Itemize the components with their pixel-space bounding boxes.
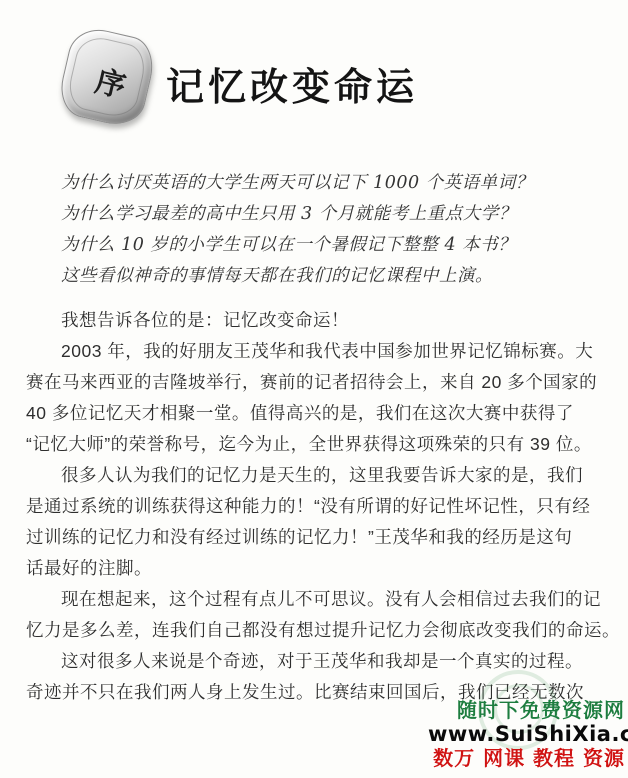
main-paragraphs: 我想告诉各位的是：记忆改变命运！ 2003 年，我的好朋友王茂华和我代表中国参加… — [26, 305, 606, 708]
watermark-url: www.SuiShiXia.com — [428, 722, 628, 746]
text-line: 话最好的注脚。 — [26, 553, 606, 584]
text-line: 忆力是多么差，连我们自己都没有想过提升记忆力会彻底改变我们的命运。 — [26, 615, 606, 646]
seal-character: 序 — [92, 56, 131, 106]
question-line: 为什么讨厌英语的大学生两天可以记下 1000 个英语单词？ — [26, 168, 606, 199]
watermark-site-name: 随时下免费资源网 — [428, 698, 628, 722]
book-page: 序 记忆改变命运 为什么讨厌英语的大学生两天可以记下 1000 个英语单词？ 为… — [0, 0, 628, 778]
text-line: 过训练的记忆力和没有经过训练的记忆力！”王茂华和我的经历是这句 — [26, 522, 606, 553]
intro-questions: 为什么讨厌英语的大学生两天可以记下 1000 个英语单词？ 为什么学习最差的高中… — [26, 168, 606, 292]
text-line: 是通过系统的训练获得这种能力的！“没有所谓的好记性坏记性，只有经 — [26, 491, 606, 522]
question-line: 这些看似神奇的事情每天都在我们的记忆课程中上演。 — [26, 261, 606, 292]
question-line: 为什么 10 岁的小学生可以在一个暑假记下整整 4 本书？ — [26, 230, 606, 261]
page-title: 记忆改变命运 — [166, 56, 418, 111]
watermark: 随时下免费资源网 www.SuiShiXia.com 数万 网课 教程 资源 — [428, 698, 628, 778]
text-line: 现在想起来，这个过程有点儿不可思议。没有人会相信过去我们的记 — [26, 584, 606, 615]
text-line: 2003 年，我的好朋友王茂华和我代表中国参加世界记忆锦标赛。大 — [26, 336, 606, 367]
question-line: 为什么学习最差的高中生只用 3 个月就能考上重点大学？ — [26, 199, 606, 230]
text-line: 40 多位记忆天才相聚一堂。值得高兴的是，我们在这次大赛中获得了 — [26, 398, 606, 429]
body-text: 为什么讨厌英语的大学生两天可以记下 1000 个英语单词？ 为什么学习最差的高中… — [26, 168, 606, 708]
text-line: 很多人认为我们的记忆力是天生的，这里我要告诉大家的是，我们 — [26, 460, 606, 491]
text-line: 我想告诉各位的是：记忆改变命运！ — [26, 305, 606, 336]
text-line: “记忆大师”的荣誉称号，迄今为止，全世界获得这项殊荣的只有 39 位。 — [26, 429, 606, 460]
preface-seal-icon: 序 — [55, 23, 159, 130]
text-line: 赛在马来西亚的吉隆坡举行，赛前的记者招待会上，来自 20 多个国家的 — [26, 367, 606, 398]
watermark-tagline: 数万 网课 教程 资源 — [428, 746, 628, 770]
